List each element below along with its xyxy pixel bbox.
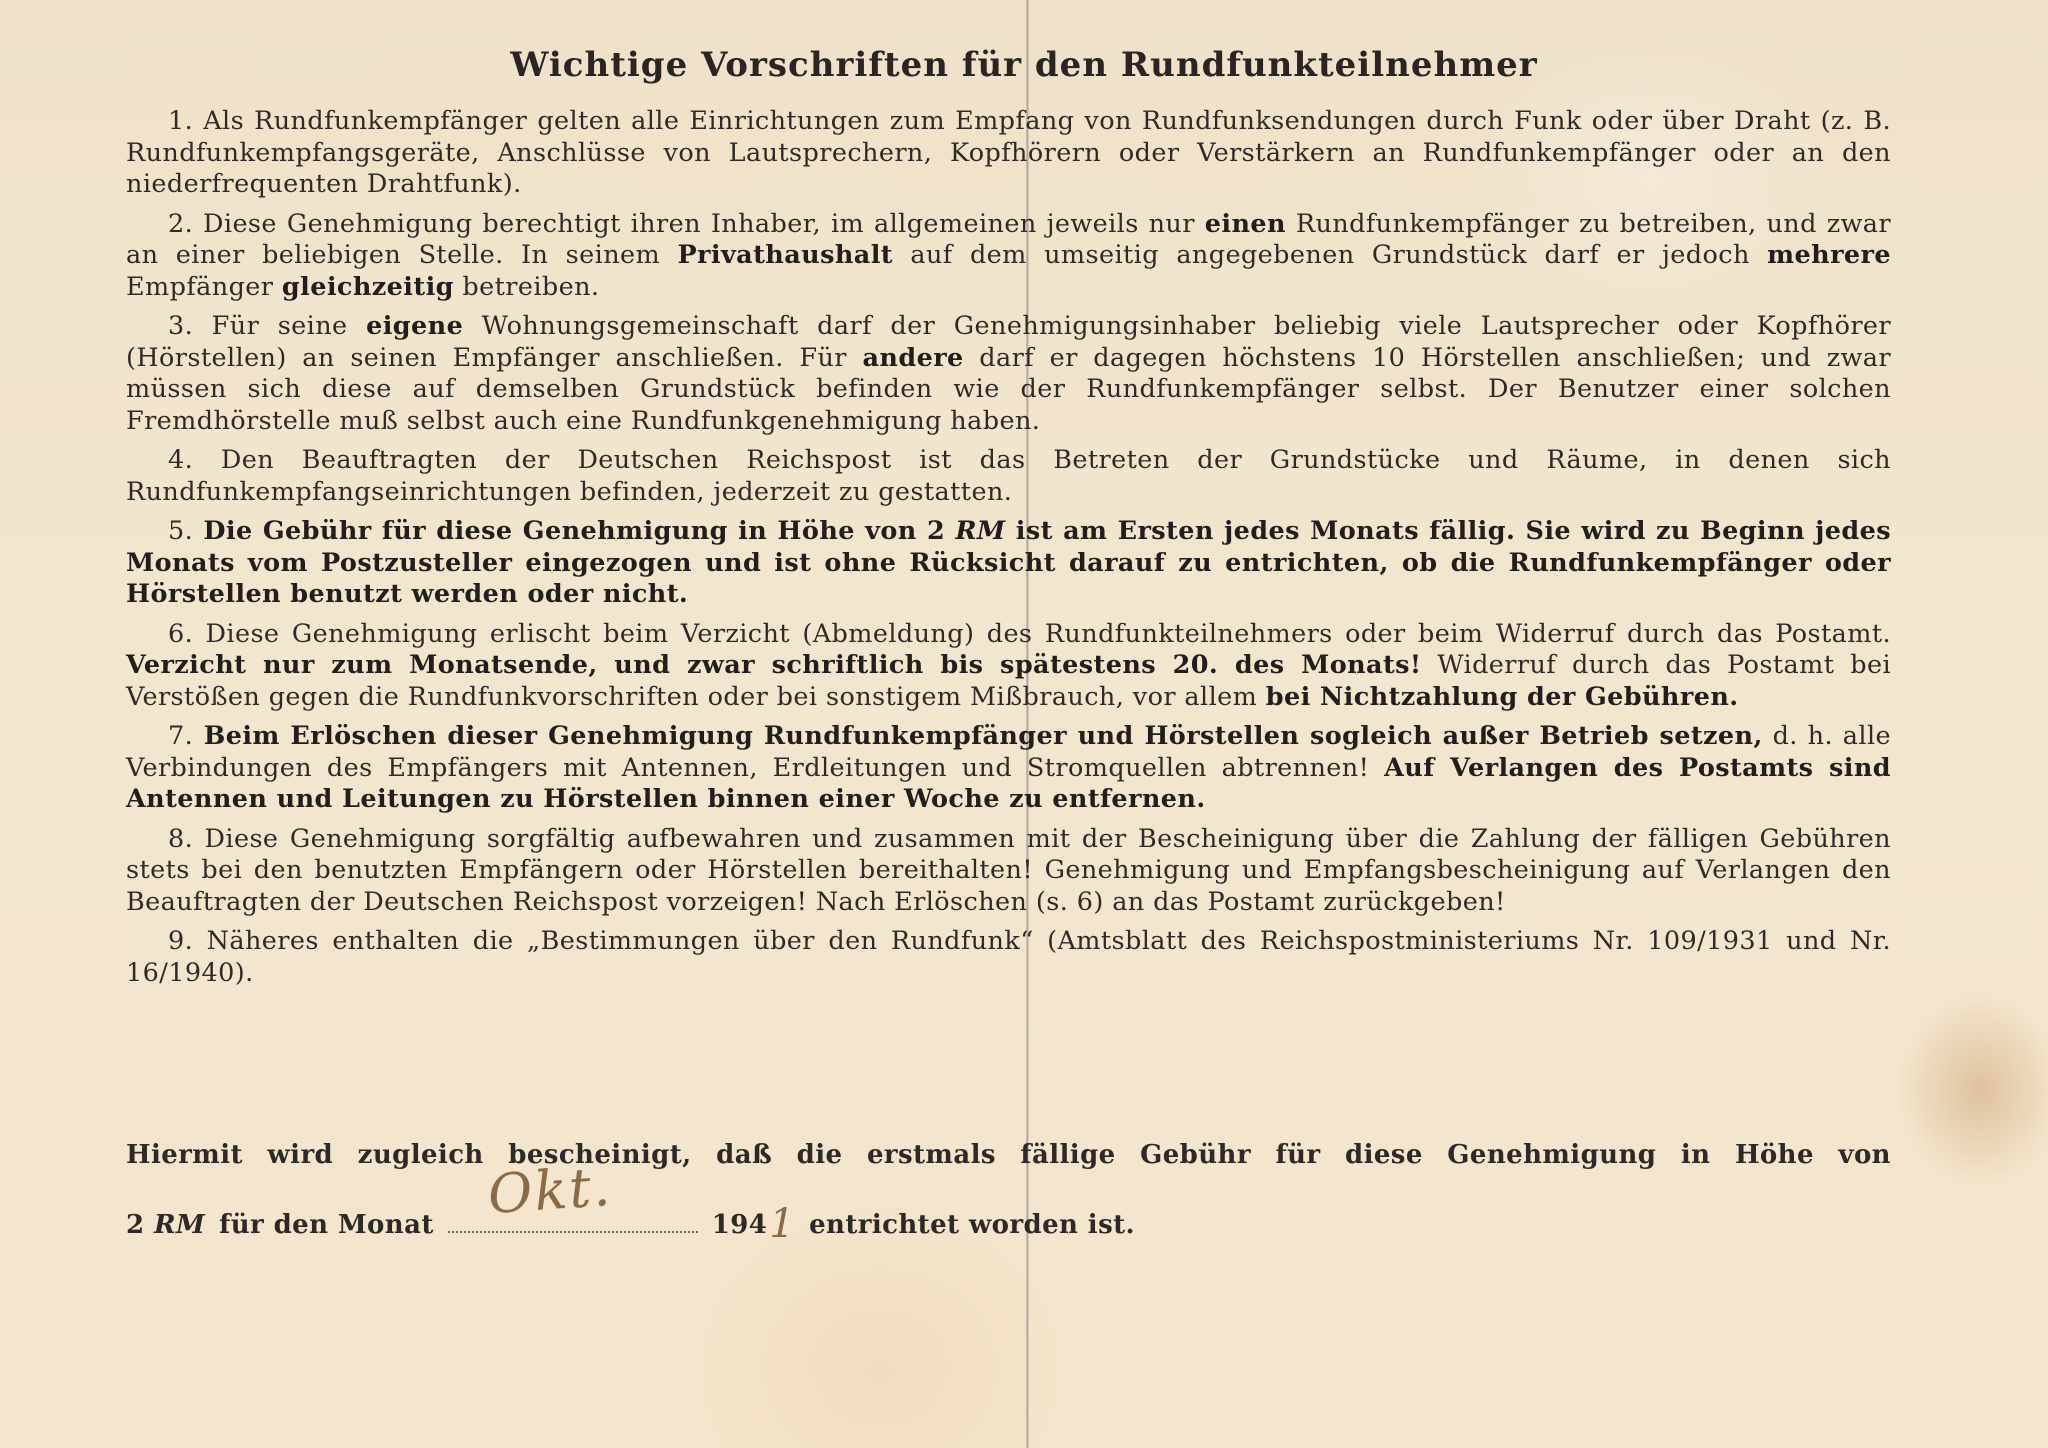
rule-number: 1. [168, 106, 193, 136]
rule-text-bold: Die Gebühr für diese Genehmigung in Höhe… [193, 516, 955, 546]
rule-item: 9. Näheres enthalten die „Bestimmungen ü… [126, 926, 1891, 989]
handwritten-year-digit: 1 [769, 1201, 795, 1247]
handwritten-month: Okt. [487, 1169, 613, 1214]
year-prefix: 194 [712, 1210, 767, 1240]
rule-text-bold: RM [955, 516, 1005, 546]
certification-statement: Hiermit wird zugleich bescheinigt, daß d… [126, 1138, 1891, 1172]
rule-item: 6. Diese Genehmigung erlischt beim Verzi… [126, 619, 1891, 714]
month-field: Okt. [448, 1211, 698, 1233]
rule-number: 4. [168, 445, 193, 475]
rule-text: Empfänger [126, 272, 282, 302]
rule-number: 9. [168, 926, 193, 956]
rule-text: Diese Genehmigung berechtigt ihren Inhab… [193, 209, 1205, 239]
rule-number: 3. [168, 311, 193, 341]
certification-payment-line: 2 RM für den Monat Okt. 1941 entrichtet … [126, 1202, 1891, 1243]
rule-text: Für seine [193, 311, 366, 341]
fee-amount: 2 RM [126, 1207, 205, 1243]
rule-text: betreiben. [454, 272, 600, 302]
rule-text-bold: mehrere [1767, 240, 1891, 270]
rule-text-bold: Verzicht nur zum Monatsende, und zwar sc… [126, 650, 1422, 680]
rule-text: Den Beauftragten der Deutschen Reichspos… [126, 445, 1891, 507]
closing-text: entrichtet worden ist. [809, 1207, 1135, 1243]
rule-text-bold: andere [862, 343, 963, 373]
certification-block: Hiermit wird zugleich bescheinigt, daß d… [126, 1138, 1891, 1243]
rule-text-bold: eigene [366, 311, 463, 341]
rule-item: 5. Die Gebühr für diese Genehmigung in H… [126, 516, 1891, 611]
rule-text-bold: gleichzeitig [282, 272, 454, 302]
rule-item: 2. Diese Genehmigung berechtigt ihren In… [126, 209, 1891, 304]
rule-item: 4. Den Beauftragten der Deutschen Reichs… [126, 445, 1891, 508]
rule-text-bold: Privathaushalt [677, 240, 893, 270]
rule-item: 8. Diese Genehmigung sorgfältig aufbewah… [126, 824, 1891, 919]
rule-text: Näheres enthalten die „Bestimmungen über… [126, 926, 1891, 988]
rule-number: 6. [168, 619, 193, 649]
rule-item: 7. Beim Erlöschen dieser Genehmigung Run… [126, 721, 1891, 816]
rule-text-bold: bei Nichtzahlung der Gebühren. [1266, 682, 1739, 712]
rule-item: 1. Als Rundfunkempfänger gelten alle Ein… [126, 106, 1891, 201]
rules-list: 1. Als Rundfunkempfänger gelten alle Ein… [126, 106, 1891, 997]
rule-number: 2. [168, 209, 193, 239]
rule-text: Diese Genehmigung sorgfältig aufbewahren… [126, 824, 1891, 917]
year-field: 1941 [712, 1202, 795, 1243]
rule-item: 3. Für seine eigene Wohnungsgemeinschaft… [126, 311, 1891, 437]
rule-text-bold: einen [1205, 209, 1286, 239]
rule-text: auf dem umseitig angegebenen Grundstück … [893, 240, 1767, 270]
rule-text: Diese Genehmigung erlischt beim Verzicht… [193, 619, 1891, 649]
month-label: für den Monat [219, 1207, 434, 1243]
currency-rm: RM [154, 1210, 205, 1240]
rule-text: Als Rundfunkempfänger gelten alle Einric… [126, 106, 1891, 199]
rule-number: 5. [168, 516, 193, 546]
document-title: Wichtige Vorschriften für den Rundfunkte… [0, 45, 2048, 85]
rule-number: 7. [168, 721, 193, 751]
rule-number: 8. [168, 824, 193, 854]
rule-text-bold: Beim Erlöschen dieser Genehmigung Rundfu… [193, 721, 1763, 751]
